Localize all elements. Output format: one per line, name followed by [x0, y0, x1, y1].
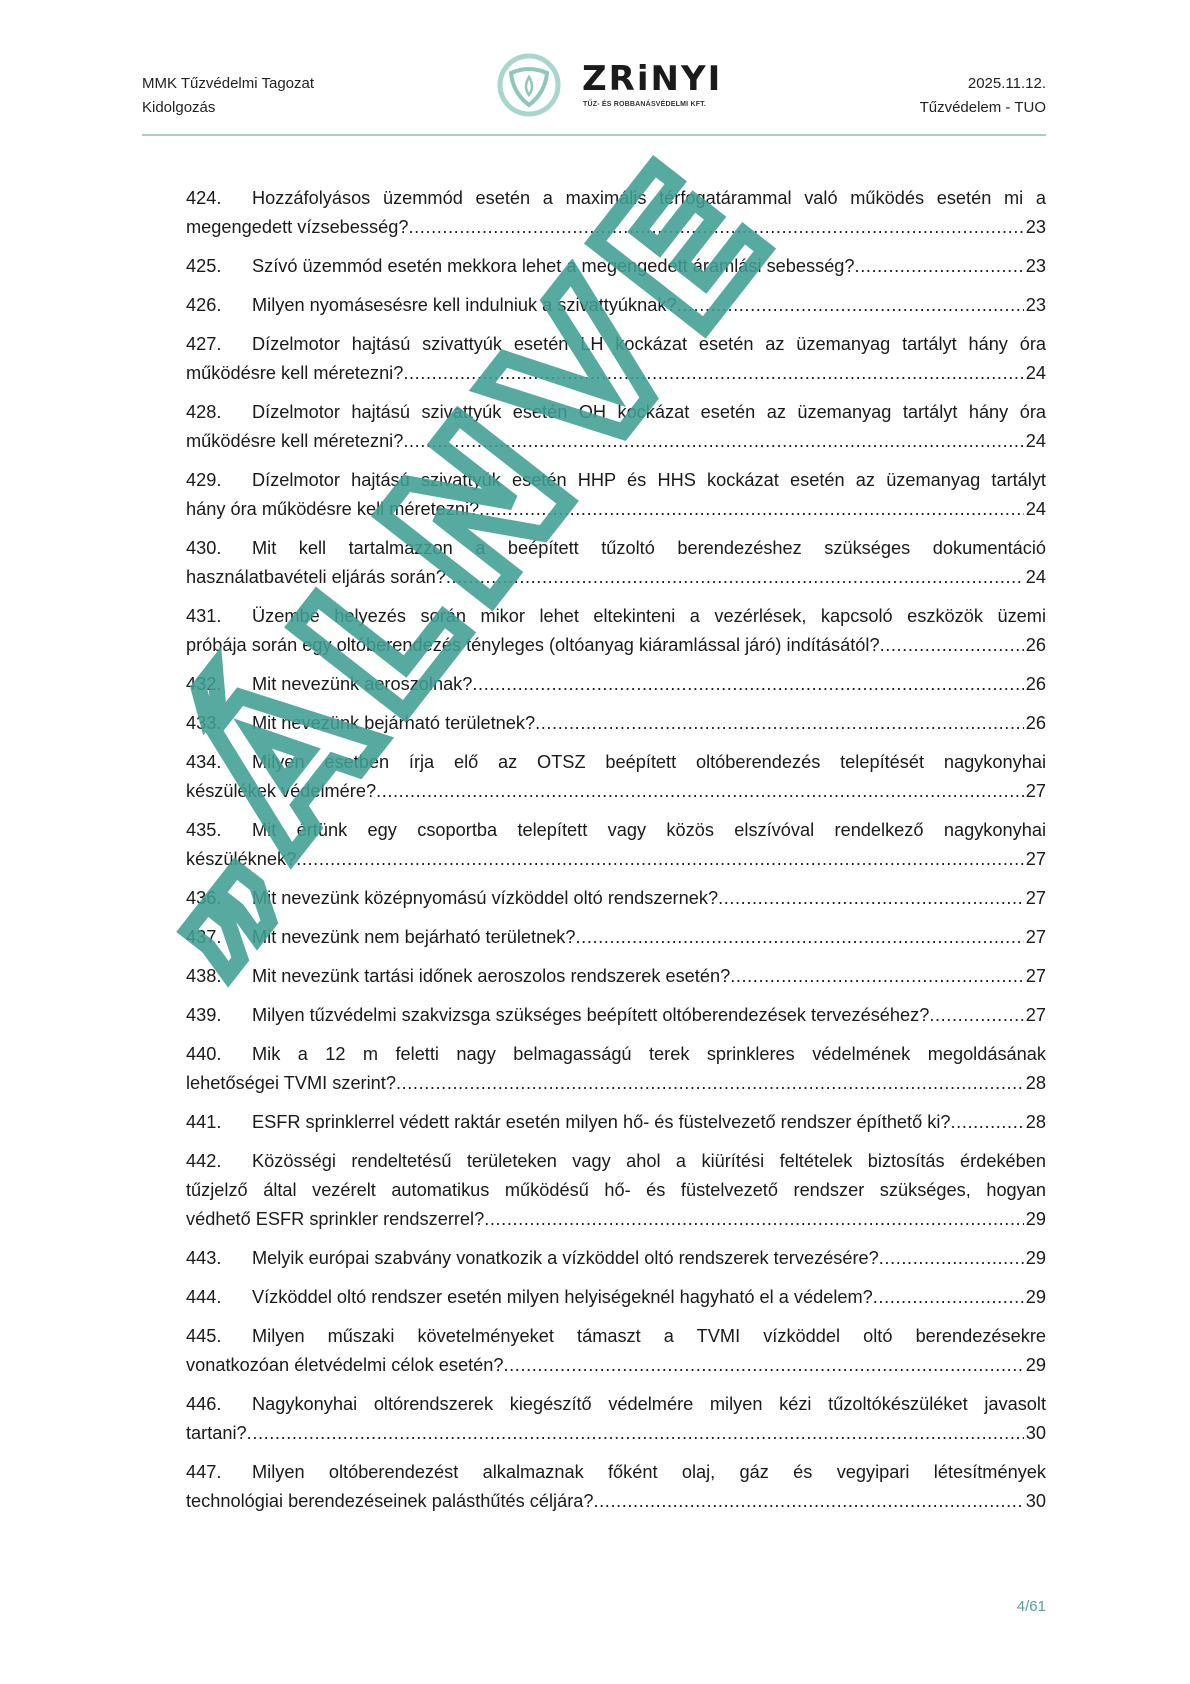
dot-leader: ........................................… — [396, 1069, 1024, 1098]
entry-number: 426. — [186, 291, 252, 320]
entry-title-line: Milyen műszaki követelményeket támaszt a… — [252, 1322, 1046, 1351]
table-of-contents: 424.Hozzáfolyásos üzemmód esetén a maxim… — [186, 184, 1046, 1526]
dot-leader: ........................................… — [879, 1244, 1024, 1273]
toc-entry[interactable]: 440.Mik a 12 m feletti nagy belmagasságú… — [186, 1040, 1046, 1098]
toc-entry[interactable]: 438.Mit nevezünk tartási időnek aeroszol… — [186, 962, 1046, 991]
entry-page-number: 27 — [1024, 1001, 1046, 1030]
entry-title-line: Üzembe helyezés során mikor lehet elteki… — [252, 602, 1046, 631]
entry-page-number: 27 — [1024, 962, 1046, 991]
entry-page-number: 26 — [1024, 709, 1046, 738]
entry-number: 446. — [186, 1390, 252, 1419]
entry-title-line: tartani? — [186, 1419, 247, 1448]
entry-title-line: megengedett vízsebesség? — [186, 213, 408, 242]
entry-page-number: 28 — [1024, 1069, 1046, 1098]
dot-leader: ........................................… — [730, 962, 1024, 991]
entry-number: 427. — [186, 330, 252, 359]
entry-number: 437. — [186, 923, 252, 952]
document-type: Kidolgozás — [142, 96, 314, 120]
entry-page-number: 29 — [1024, 1205, 1046, 1234]
entry-title-line: Mik a 12 m feletti nagy belmagasságú ter… — [252, 1040, 1046, 1069]
entry-page-number: 24 — [1024, 359, 1046, 388]
entry-title: Mit nevezünk középnyomású vízköddel oltó… — [252, 884, 718, 913]
entry-title-line: Dízelmotor hajtású szivattyúk esetén OH … — [252, 398, 1046, 427]
entry-title-line: tűzjelző által vezérelt automatikus műkö… — [186, 1176, 1046, 1205]
entry-number: 438. — [186, 962, 252, 991]
entry-number: 442. — [186, 1147, 252, 1176]
entry-number: 443. — [186, 1244, 252, 1273]
entry-number: 435. — [186, 816, 252, 845]
entry-page-number: 23 — [1024, 213, 1046, 242]
logo-subtitle: TŰZ- ÉS ROBBANÁSVÉDELMI KFT. — [583, 101, 706, 108]
toc-entry[interactable]: 436.Mit nevezünk középnyomású vízköddel … — [186, 884, 1046, 913]
toc-entry[interactable]: 429.Dízelmotor hajtású szivattyúk esetén… — [186, 466, 1046, 524]
toc-entry[interactable]: 443.Melyik európai szabvány vonatkozik a… — [186, 1244, 1046, 1273]
header-left: MMK Tűzvédelmi Tagozat Kidolgozás — [142, 72, 314, 120]
toc-entry[interactable]: 430.Mit kell tartalmazzon a beépített tű… — [186, 534, 1046, 592]
entry-page-number: 28 — [1024, 1108, 1046, 1137]
dot-leader: ........................................… — [576, 923, 1024, 952]
entry-number: 433. — [186, 709, 252, 738]
toc-entry[interactable]: 426.Milyen nyomásesésre kell indulniuk a… — [186, 291, 1046, 320]
entry-number: 444. — [186, 1283, 252, 1312]
dot-leader: ........................................… — [403, 427, 1023, 456]
entry-title-line: Mit értünk egy csoportba telepített vagy… — [252, 816, 1046, 845]
entry-title: Mit nevezünk tartási időnek aeroszolos r… — [252, 962, 730, 991]
entry-title-line: Milyen oltóberendezést alkalmaznak főkén… — [252, 1458, 1046, 1487]
toc-entry[interactable]: 442.Közösségi rendeltetésű területeken v… — [186, 1147, 1046, 1234]
logo-wordmark: ZRiNYI — [582, 59, 722, 99]
entry-page-number: 30 — [1024, 1487, 1046, 1516]
entry-number: 431. — [186, 602, 252, 631]
entry-number: 434. — [186, 748, 252, 777]
entry-title-line: védhető ESFR sprinkler rendszerrel? — [186, 1205, 484, 1234]
entry-number: 439. — [186, 1001, 252, 1030]
dot-leader: ........................................… — [247, 1419, 1024, 1448]
dot-leader: ........................................… — [855, 252, 1024, 281]
entry-title: Milyen nyomásesésre kell indulniuk a szi… — [252, 291, 677, 320]
entry-page-number: 27 — [1024, 923, 1046, 952]
entry-title: Vízköddel oltó rendszer esetén milyen he… — [252, 1283, 873, 1312]
dot-leader: ........................................… — [408, 213, 1023, 242]
entry-title-line: készülékek védelmére? — [186, 777, 376, 806]
toc-entry[interactable]: 434.Milyen esetben írja elő az OTSZ beép… — [186, 748, 1046, 806]
toc-entry[interactable]: 441.ESFR sprinklerrel védett raktár eset… — [186, 1108, 1046, 1137]
company-logo: ZRiNYI TŰZ- ÉS ROBBANÁSVÉDELMI KFT. — [497, 53, 717, 133]
entry-number: 430. — [186, 534, 252, 563]
entry-page-number: 30 — [1024, 1419, 1046, 1448]
dot-leader: ........................................… — [446, 563, 1024, 592]
entry-title-line: Nagykonyhai oltórendszerek kiegészítő vé… — [252, 1390, 1046, 1419]
entry-number: 432. — [186, 670, 252, 699]
entry-number: 429. — [186, 466, 252, 495]
dot-leader: ........................................… — [376, 777, 1024, 806]
toc-entry[interactable]: 435.Mit értünk egy csoportba telepített … — [186, 816, 1046, 874]
toc-entry[interactable]: 432.Mit nevezünk aeroszolnak?...........… — [186, 670, 1046, 699]
dot-leader: ........................................… — [873, 1283, 1024, 1312]
dot-leader: ........................................… — [880, 631, 1024, 660]
toc-entry[interactable]: 446.Nagykonyhai oltórendszerek kiegészít… — [186, 1390, 1046, 1448]
dot-leader: ........................................… — [403, 359, 1023, 388]
entry-page-number: 27 — [1024, 884, 1046, 913]
dot-leader: ........................................… — [718, 884, 1024, 913]
dot-leader: ........................................… — [503, 1351, 1023, 1380]
entry-title: Mit nevezünk bejárható területnek? — [252, 709, 535, 738]
organization-name: MMK Tűzvédelmi Tagozat — [142, 72, 314, 96]
dot-leader: ........................................… — [296, 845, 1024, 874]
entry-page-number: 23 — [1024, 291, 1046, 320]
toc-entry[interactable]: 444.Vízköddel oltó rendszer esetén milye… — [186, 1283, 1046, 1312]
entry-title-line: lehetőségei TVMI szerint? — [186, 1069, 396, 1098]
entry-title-line: Hozzáfolyásos üzemmód esetén a maximális… — [252, 184, 1046, 213]
toc-entry[interactable]: 445.Milyen műszaki követelményeket támas… — [186, 1322, 1046, 1380]
entry-title-line: vonatkozóan életvédelmi célok esetén? — [186, 1351, 503, 1380]
toc-entry[interactable]: 424.Hozzáfolyásos üzemmód esetén a maxim… — [186, 184, 1046, 242]
entry-number: 445. — [186, 1322, 252, 1351]
header-right: 2025.11.12. Tűzvédelem - TUO — [920, 72, 1046, 120]
entry-title-line: technológiai berendezéseinek palásthűtés… — [186, 1487, 593, 1516]
entry-number: 424. — [186, 184, 252, 213]
entry-title-line: működésre kell méretezni? — [186, 359, 403, 388]
toc-entry[interactable]: 433.Mit nevezünk bejárható területnek?..… — [186, 709, 1046, 738]
toc-entry[interactable]: 427.Dízelmotor hajtású szivattyúk esetén… — [186, 330, 1046, 388]
entry-number: 440. — [186, 1040, 252, 1069]
entry-title-line: Mit kell tartalmazzon a beépített tűzolt… — [252, 534, 1046, 563]
entry-number: 441. — [186, 1108, 252, 1137]
dot-leader: ........................................… — [535, 709, 1024, 738]
entry-title: Szívó üzemmód esetén mekkora lehet a meg… — [252, 252, 855, 281]
dot-leader: ........................................… — [484, 1205, 1024, 1234]
toc-entry[interactable]: 439.Milyen tűzvédelmi szakvizsga szükség… — [186, 1001, 1046, 1030]
entry-page-number: 24 — [1024, 427, 1046, 456]
page-header: MMK Tűzvédelmi Tagozat Kidolgozás ZRiNYI… — [142, 66, 1046, 136]
entry-page-number: 29 — [1024, 1283, 1046, 1312]
entry-title: Mit nevezünk aeroszolnak? — [252, 670, 472, 699]
entry-title-line: készüléknek? — [186, 845, 296, 874]
toc-entry[interactable]: 431.Üzembe helyezés során mikor lehet el… — [186, 602, 1046, 660]
entry-title-line: próbája során egy oltóberendezés tényleg… — [186, 631, 880, 660]
entry-title-line: Dízelmotor hajtású szivattyúk esetén HHP… — [252, 466, 1046, 495]
entry-page-number: 29 — [1024, 1244, 1046, 1273]
entry-title: Mit nevezünk nem bejárható területnek? — [252, 923, 576, 952]
entry-page-number: 27 — [1024, 777, 1046, 806]
dot-leader: ........................................… — [479, 495, 1024, 524]
dot-leader: ........................................… — [677, 291, 1024, 320]
entry-page-number: 26 — [1024, 670, 1046, 699]
entry-page-number: 24 — [1024, 495, 1046, 524]
entry-title-line: Dízelmotor hajtású szivattyúk esetén LH … — [252, 330, 1046, 359]
shield-flame-icon — [497, 53, 561, 117]
entry-number: 436. — [186, 884, 252, 913]
toc-entry[interactable]: 447.Milyen oltóberendezést alkalmaznak f… — [186, 1458, 1046, 1516]
entry-title: Milyen tűzvédelmi szakvizsga szükséges b… — [252, 1001, 929, 1030]
document-date: 2025.11.12. — [920, 72, 1046, 96]
dot-leader: ........................................… — [951, 1108, 1024, 1137]
entry-title-line: hány óra működésre kell méretezni? — [186, 495, 479, 524]
entry-page-number: 23 — [1024, 252, 1046, 281]
dot-leader: ........................................… — [929, 1001, 1023, 1030]
dot-leader: ........................................… — [593, 1487, 1023, 1516]
entry-title-line: Milyen esetben írja elő az OTSZ beépítet… — [252, 748, 1046, 777]
entry-title: ESFR sprinklerrel védett raktár esetén m… — [252, 1108, 951, 1137]
entry-page-number: 26 — [1024, 631, 1046, 660]
toc-entry[interactable]: 425.Szívó üzemmód esetén mekkora lehet a… — [186, 252, 1046, 281]
entry-title-line: használatbavételi eljárás során? — [186, 563, 446, 592]
page-number: 4/61 — [1017, 1598, 1046, 1615]
entry-number: 425. — [186, 252, 252, 281]
entry-number: 428. — [186, 398, 252, 427]
toc-entry[interactable]: 428.Dízelmotor hajtású szivattyúk esetén… — [186, 398, 1046, 456]
toc-entry[interactable]: 437.Mit nevezünk nem bejárható területne… — [186, 923, 1046, 952]
entry-page-number: 29 — [1024, 1351, 1046, 1380]
document-topic: Tűzvédelem - TUO — [920, 96, 1046, 120]
entry-title: Melyik európai szabvány vonatkozik a víz… — [252, 1244, 879, 1273]
entry-page-number: 27 — [1024, 845, 1046, 874]
header-divider — [142, 134, 1046, 136]
dot-leader: ........................................… — [472, 670, 1023, 699]
entry-page-number: 24 — [1024, 563, 1046, 592]
entry-title-line: működésre kell méretezni? — [186, 427, 403, 456]
entry-title-line: Közösségi rendeltetésű területeken vagy … — [252, 1147, 1046, 1176]
entry-number: 447. — [186, 1458, 252, 1487]
